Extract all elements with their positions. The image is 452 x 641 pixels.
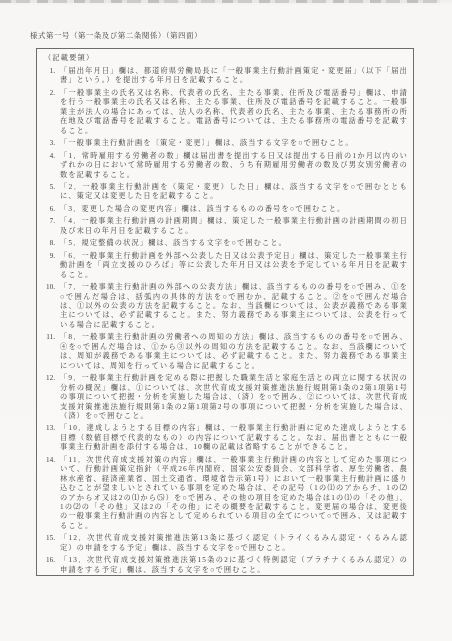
notes-list: 1.「届出年月日」欄は、都道府県労働局長に「一般事業主行動計画策定・変更届」（以… — [43, 67, 408, 575]
note-item: 12.「9．一般事業主行動計画を定める際に把握した職業生活と家庭生活との両立に関… — [43, 374, 408, 421]
notes-box: （記載要領） 1.「届出年月日」欄は、都道府県労働局長に「一般事業主行動計画策定… — [36, 48, 414, 576]
note-item-text: 「一般事業主行動計画を〔策定・変更〕」欄は、該当する文字を○で囲むこと。 — [60, 139, 354, 147]
note-item-number: 13. — [43, 424, 55, 433]
note-item-text: 「9．一般事業主行動計画を定める際に把握した職業生活と家庭生活との両立に関する状… — [60, 374, 408, 420]
note-item-text: 「7．一般事業主行動計画の外部への公表方法」欄は、該当するものの番号を○で囲み、… — [60, 283, 408, 329]
note-item-text: 「8．一般事業主行動計画の労働者への周知の方法」欄は、該当するものの番号を○で囲… — [60, 333, 408, 369]
note-item-text: 「4．一般事業主行動計画の計画期間」欄は、策定した一般事業主行動計画の計画期間の… — [60, 217, 408, 234]
note-item: 5.「2．一般事業主行動計画を（策定・変更）した日」欄は、該当する文字を○で囲む… — [43, 183, 408, 202]
note-item: 15.「12．次世代育成支援対策推進法第13条に基づく認定（トライくるみん認定・… — [43, 534, 408, 553]
note-item: 3.「一般事業主行動計画を〔策定・変更〕」欄は、該当する文字を○で囲むこと。 — [43, 139, 408, 148]
note-item-number: 12. — [43, 374, 55, 383]
note-item-text: 「6．一般事業主行動計画を外部へ公表した日又は公表予定日」欄は、策定した一般事業… — [60, 252, 408, 279]
note-item: 4.「1．常時雇用する労働者の数」欄は届出書を提出する日又は提出する日前の1か月… — [43, 152, 408, 180]
note-item-number: 3. — [43, 139, 55, 148]
note-item-text: 「届出年月日」欄は、都道府県労働局長に「一般事業主行動計画策定・変更届」（以下「… — [60, 67, 408, 84]
note-item-text: 「3．変更した場合の変更内容」欄は、該当するものの番号を○で囲むこと。 — [60, 205, 345, 213]
note-item: 2.「一般事業主の氏名又は名称、代表者の氏名、主たる事業、住所及び電話番号」欄は… — [43, 89, 408, 136]
note-item: 8.「5．規定整備の状況」欄は、該当する文字を○で囲むこと。 — [43, 239, 408, 248]
note-item: 13.「10．達成しようとする目標の内容」欄は、一般事業主行動計画に定めた達成し… — [43, 424, 408, 452]
note-item-number: 10. — [43, 283, 55, 292]
note-item-text: 「10．達成しようとする目標の内容」欄は、一般事業主行動計画に定めた達成しようと… — [60, 424, 408, 451]
note-item: 10.「7．一般事業主行動計画の外部への公表方法」欄は、該当するものの番号を○で… — [43, 283, 408, 330]
note-item-number: 14. — [43, 456, 55, 465]
note-item-text: 「13．次世代育成支援対策推進法第15条の2に基づく特例認定（プラチナくるみん認… — [60, 556, 408, 573]
note-item: 16.「13．次世代育成支援対策推進法第15条の2に基づく特例認定（プラチナくる… — [43, 556, 408, 575]
note-item: 7.「4．一般事業主行動計画の計画期間」欄は、策定した一般事業主行動計画の計画期… — [43, 217, 408, 236]
note-item-number: 15. — [43, 534, 55, 543]
note-item-number: 9. — [43, 252, 55, 261]
note-item-number: 6. — [43, 205, 55, 214]
note-item: 1.「届出年月日」欄は、都道府県労働局長に「一般事業主行動計画策定・変更届」（以… — [43, 67, 408, 86]
note-item-text: 「一般事業主の氏名又は名称、代表者の氏名、主たる事業、住所及び電話番号」欄は、申… — [60, 89, 408, 135]
scanned-form-page: 様式第一号（第一条及び第二条関係）（第四面） （記載要領） 1.「届出年月日」欄… — [0, 0, 452, 641]
note-item-text: 「5．規定整備の状況」欄は、該当する文字を○で囲むこと。 — [60, 239, 287, 247]
note-item-text: 「12．次世代育成支援対策推進法第13条に基づく認定（トライくるみん認定・くるみ… — [60, 534, 408, 551]
page-title: 様式第一号（第一条及び第二条関係）（第四面） — [30, 30, 202, 41]
note-item-number: 2. — [43, 89, 55, 98]
note-item-number: 5. — [43, 183, 55, 192]
note-item: 9.「6．一般事業主行動計画を外部へ公表した日又は公表予定日」欄は、策定した一般… — [43, 252, 408, 280]
note-item-number: 4. — [43, 152, 55, 161]
scan-artifact-top — [0, 0, 440, 3]
note-item-number: 1. — [43, 67, 55, 76]
notes-heading: （記載要領） — [44, 53, 408, 63]
note-item: 6.「3．変更した場合の変更内容」欄は、該当するものの番号を○で囲むこと。 — [43, 205, 408, 214]
note-item-number: 16. — [43, 556, 55, 565]
note-item: 14.「11．次世代育成支援対策の内容」欄は、一般事業主行動計画の内容として定め… — [43, 456, 408, 532]
note-item-number: 11. — [43, 333, 55, 342]
note-item: 11.「8．一般事業主行動計画の労働者への周知の方法」欄は、該当するものの番号を… — [43, 333, 408, 371]
note-item-text: 「1．常時雇用する労働者の数」欄は届出書を提出する日又は提出する日前の1か月以内… — [60, 152, 408, 179]
note-item-number: 8. — [43, 239, 55, 248]
note-item-number: 7. — [43, 217, 55, 226]
note-item-text: 「11．次世代育成支援対策の内容」欄は、一般事業主行動計画の内容として定めた事項… — [60, 456, 408, 530]
note-item-text: 「2．一般事業主行動計画を（策定・変更）した日」欄は、該当する文字を○で囲むとと… — [60, 183, 408, 200]
